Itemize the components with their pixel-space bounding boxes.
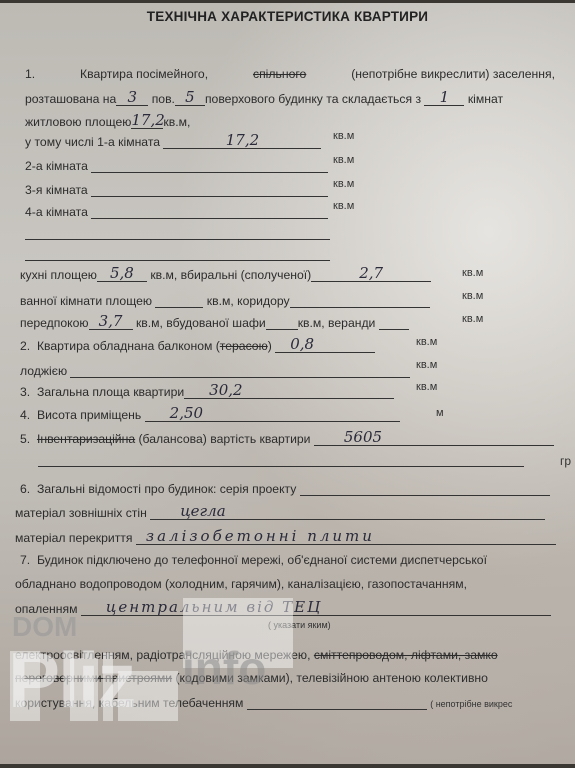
label: кв.м, веранди <box>298 316 376 330</box>
label: ванної кімнати площею <box>20 294 152 308</box>
handwritten-value: 0,8 <box>275 337 390 352</box>
label: кв.м, вбудованої шафи <box>136 316 266 330</box>
wardrobe-field <box>266 315 298 330</box>
label: Висота приміщень <box>37 408 141 422</box>
hall-row: передпокою3,7 кв.м, вбудованої шафикв.м,… <box>20 315 409 330</box>
label: Квартира обладнана балконом ( <box>37 339 220 353</box>
unit-label: кв.м <box>416 336 437 348</box>
label: кв.м, <box>163 115 190 129</box>
handwritten-value: залізобетонні плити <box>136 529 566 544</box>
handwritten-value: 5,8 <box>97 266 147 281</box>
loggia-row: лоджією <box>20 363 410 378</box>
s1-line2: розташована на3 пов.5поверхового будинку… <box>25 91 503 106</box>
value-field: 5605 <box>314 431 554 446</box>
label: кімнат <box>468 92 503 106</box>
room-area-field <box>91 158 328 173</box>
unit-label: кв.м <box>416 359 437 371</box>
toilet-field: 2,7 <box>311 267 431 282</box>
watermark-logo: Pliz <box>8 635 134 726</box>
living-area-field: 17,2 <box>131 114 163 129</box>
unit-label: м <box>436 407 444 419</box>
s1-number: 1. <box>25 67 35 81</box>
s3-row: 3. Загальна площа квартири30,2 <box>20 384 394 399</box>
label: кв.м, вбиральні (сполученої) <box>150 268 311 282</box>
s7-number: 7. <box>20 553 30 567</box>
label: передпокою <box>20 316 89 330</box>
s7-line1: 7. Будинок підключено до телефонної мере… <box>20 553 570 567</box>
floors-material-field: залізобетонні плити <box>136 530 556 545</box>
label: розташована на <box>25 92 116 106</box>
room-label: 4-а кімната <box>25 205 88 219</box>
loggia-field <box>70 363 410 378</box>
s2-number: 2. <box>20 339 30 353</box>
room-row: у тому числі 1-а кімната 17,2 <box>25 134 321 149</box>
room-area-field <box>91 182 328 197</box>
label: кухні площею <box>20 268 97 282</box>
total-area-field: 30,2 <box>184 384 394 399</box>
room-area-field <box>91 204 328 219</box>
label: матеріал перекриття <box>15 531 133 545</box>
struck-option: сміттепроводом, ліфтами, замко <box>314 648 498 662</box>
walls-row: матеріал зовнішніх стін цегла <box>15 505 545 520</box>
handwritten-value: 17,2 <box>163 133 321 148</box>
height-field: 2,50 <box>145 407 400 422</box>
unit-label: кв.м <box>462 290 483 302</box>
room-area-field: 17,2 <box>163 134 321 149</box>
s6-row: 6. Загальні відомості про будинок: серія… <box>20 481 550 496</box>
handwritten-value: 5605 <box>314 430 575 445</box>
heating-field: центральним від ТЕЦ <box>81 601 551 616</box>
unit-label: кв.м <box>333 130 354 142</box>
unit-label: кв.м <box>462 267 483 279</box>
room-label: 3-я кімната <box>25 183 88 197</box>
blank-line <box>25 260 330 261</box>
handwritten-value: 17,2 <box>131 113 163 128</box>
handwritten-value: 1 <box>424 90 464 105</box>
document-page: ТЕХНІЧНА ХАРАКТЕРИСТИКА КВАРТИРИ 1. Квар… <box>0 3 575 764</box>
s7-line2: обладнано водопроводом (холодним, гарячи… <box>15 577 467 591</box>
unit-label: кв.м <box>333 200 354 212</box>
unit-label: кв.м <box>333 154 354 166</box>
handwritten-value: 3 <box>116 90 148 105</box>
page-title: ТЕХНІЧНА ХАРАКТЕРИСТИКА КВАРТИРИ <box>0 9 575 24</box>
room-label: 2-а кімната <box>25 159 88 173</box>
bath-field <box>155 293 203 308</box>
room-row: 3-я кімната <box>25 182 328 197</box>
s1-line3: житловою площею17,2кв.м, <box>25 114 190 129</box>
handwritten-value: 2,50 <box>145 406 425 421</box>
kitchen-row: кухні площею5,8 кв.м, вбиральні (сполуче… <box>20 267 431 282</box>
s5-row: 5. Інвентаризаційна (балансова) вартість… <box>20 431 554 446</box>
struck-option: Інвентаризаційна <box>37 432 135 446</box>
s2-balcony-row: 2. Квартира обладнана балконом (терасою)… <box>20 338 375 353</box>
struck-option: спільного <box>253 67 306 81</box>
label: поверхового будинку та складається з <box>205 92 421 106</box>
bath-row: ванної кімнати площею кв.м, коридору <box>20 293 430 308</box>
floor-field: 3 <box>116 91 148 106</box>
series-field <box>300 481 550 496</box>
floors-material-row: матеріал перекриття залізобетонні плити <box>15 530 556 545</box>
s3-number: 3. <box>20 385 30 399</box>
label: ) <box>268 339 272 353</box>
floors-total-field: 5 <box>175 91 205 106</box>
blank-line <box>38 466 524 467</box>
s5-number: 5. <box>20 432 30 446</box>
s4-row: 4. Висота приміщень 2,50 <box>20 407 400 422</box>
handwritten-value: цегла <box>150 504 575 519</box>
corridor-field <box>290 293 430 308</box>
hint-text: ( непотрібне викрес <box>430 699 512 709</box>
balcony-field: 0,8 <box>275 338 375 353</box>
s6-number: 6. <box>20 482 30 496</box>
room-label: у тому числі 1-а кімната <box>25 135 160 149</box>
handwritten-value: 5 <box>175 90 205 105</box>
room-row: 4-а кімната <box>25 204 328 219</box>
unit-label: кв.м <box>333 178 354 190</box>
handwritten-value: центральним від ТЕЦ <box>81 600 575 615</box>
room-row: 2-а кімната <box>25 158 328 173</box>
struck-option: терасою <box>220 339 268 353</box>
handwritten-value: 3,7 <box>89 314 133 329</box>
handwritten-value: 2,7 <box>311 266 431 281</box>
label: Загальні відомості про будинок: серія пр… <box>37 482 296 496</box>
s1-text: Квартира посімейного, <box>80 67 208 81</box>
label: пов. <box>152 92 175 106</box>
label: (балансова) вартість квартири <box>139 432 311 446</box>
blank-line <box>25 239 330 240</box>
label: матеріал зовнішніх стін <box>15 506 147 520</box>
s7-text: Будинок підключено до телефонної мережі,… <box>37 553 487 567</box>
currency-label: гр <box>560 454 571 468</box>
label: лоджією <box>20 364 67 378</box>
unit-label: кв.м <box>462 313 483 325</box>
kitchen-field: 5,8 <box>97 267 147 282</box>
s4-number: 4. <box>20 408 30 422</box>
hall-field: 3,7 <box>89 315 133 330</box>
watermark-text: info <box>182 641 266 695</box>
s1-line1: 1. Квартира посімейного, спільного (непо… <box>25 67 555 81</box>
label: кв.м, коридору <box>207 294 290 308</box>
label: житловою площею <box>25 115 131 129</box>
walls-field: цегла <box>150 505 545 520</box>
blank-field <box>247 695 427 710</box>
label: Загальна площа квартири <box>37 385 184 399</box>
s1-text: (непотрібне викреслити) заселення, <box>351 67 555 81</box>
rooms-field: 1 <box>424 91 464 106</box>
veranda-field <box>379 315 409 330</box>
handwritten-value: 30,2 <box>184 383 419 398</box>
unit-label: кв.м <box>416 381 437 393</box>
